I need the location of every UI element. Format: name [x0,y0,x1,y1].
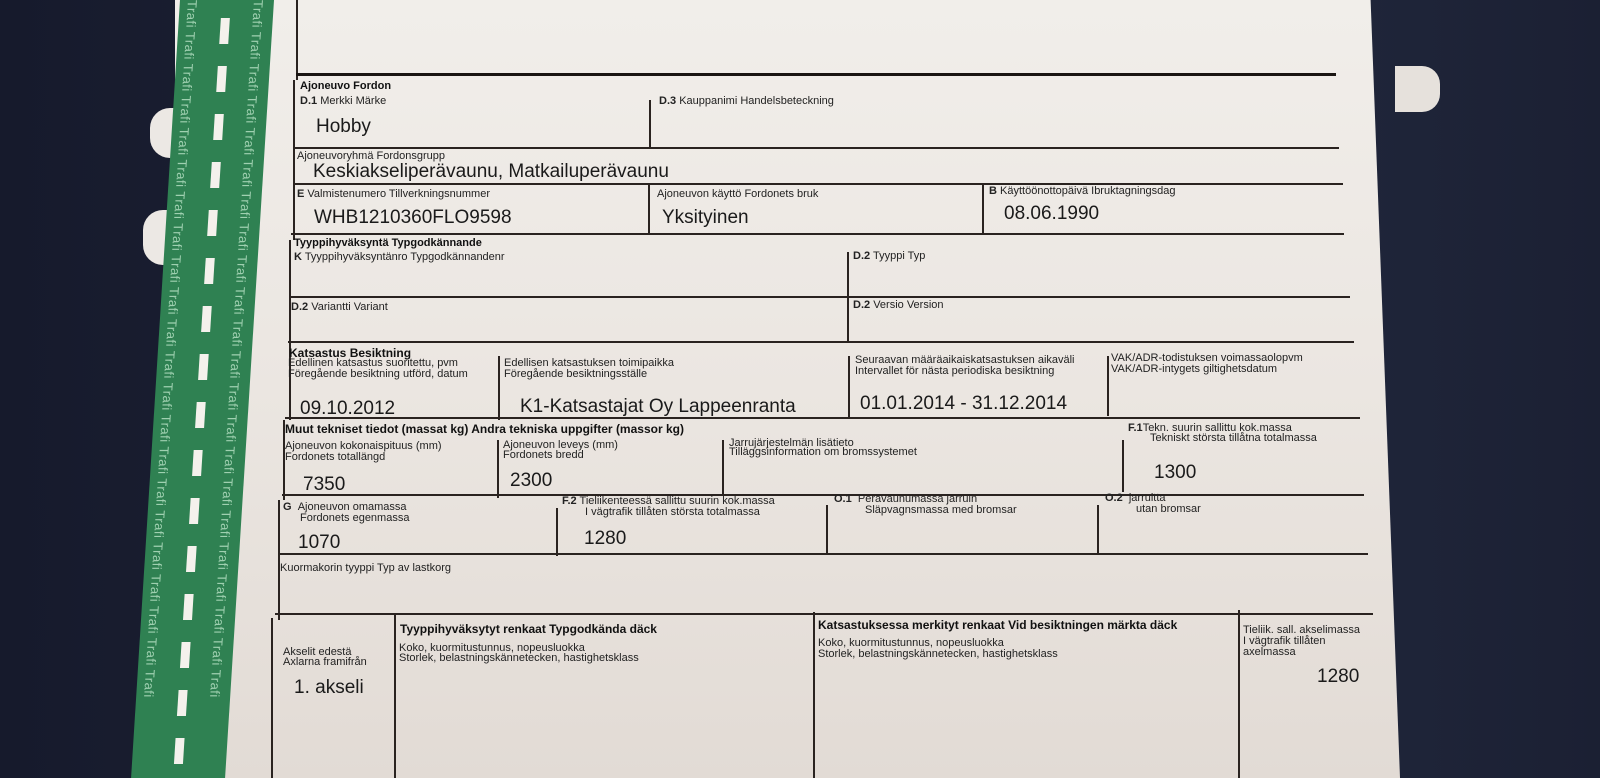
f1-label-sv: Tekniskt största tillåtna totalmassa [1150,433,1317,444]
o1-label-sv: Släpvagnsmassa med bromsar [865,505,1017,516]
field-code: F.2 [562,495,577,507]
make-value: Hobby [316,116,371,138]
field-code: D.2 [291,301,308,313]
approval-number-label: Tyyppihyväksyntänro Typgodkännandenr [305,251,505,263]
field-code: D.2 [853,299,870,311]
prev-place-value: K1-Katsastajat Oy Lappeenranta [520,396,796,418]
field-code: O.1 [834,493,852,505]
width-label-sv: Fordonets bredd [503,450,584,461]
tradename-label: Kauppanimi Handelsbeteckning [679,95,834,107]
g-label-sv: Fordonets egenmassa [300,513,409,524]
field-code: D.1 [300,95,317,107]
field-code: D.3 [659,95,676,107]
field-code: K [294,251,302,263]
section-title-technical: Muut tekniset tiedot (massat kg) Andra t… [285,422,684,436]
marked-tyres-label-sv: Storlek, belastningskännetecken, hastigh… [818,649,1058,660]
field-code: F.1 [1128,422,1143,434]
vin-value: WHB1210360FLO9598 [314,207,512,229]
prev-place-label-sv: Föregående besiktningsställe [504,369,647,380]
field-code: G [283,501,292,513]
brake-info-label-sv: Tilläggsinformation om bromssystemet [729,447,917,458]
prev-date-label-sv: Föregående besiktning utförd, datum [288,369,468,380]
axle-label-sv: Axlarna framifrån [283,657,367,668]
field-code: O.2 [1105,492,1123,504]
f2-value: 1280 [584,528,626,550]
width-value: 2300 [510,470,552,492]
group-value: Keskiakseliperävaunu, Matkailuperävaunu [313,161,669,183]
vin-label: Valmistenumero Tillverkningsnummer [307,188,490,200]
approved-tyres-title: Tyyppihyväksytyt renkaat Typgodkända däc… [400,622,657,636]
o2-label-sv: utan bromsar [1136,504,1201,515]
length-value: 7350 [303,474,345,496]
use-label: Ajoneuvon käyttö Fordonets bruk [657,189,818,200]
type-label: Tyyppi Typ [873,250,925,262]
field-code: E [297,188,304,200]
next-interval-label-sv: Intervallet för nästa periodiska besiktn… [855,366,1054,377]
form-grid: Ajoneuvo Fordon D.1 Merkki Märke Hobby D… [0,0,1600,778]
length-label-sv: Fordonets totallängd [285,452,385,463]
make-label: Merkki Märke [320,95,386,107]
f1-value: 1300 [1154,462,1196,484]
approved-tyres-label-sv: Storlek, belastningskännetecken, hastigh… [399,653,639,664]
use-value: Yksityinen [662,207,749,229]
field-code: B [989,185,997,197]
axle-value: 1. akseli [294,677,364,699]
next-interval-value: 01.01.2014 - 31.12.2014 [860,393,1067,415]
section-title-vehicle: Ajoneuvo Fordon [300,80,391,92]
firstreg-label: Käyttöönottopäivä Ibruktagningsdag [1000,185,1176,197]
marked-tyres-title: Katsastuksessa merkityt renkaat Vid besi… [818,618,1177,632]
axle-mass-label-3: axelmassa [1243,647,1296,658]
adr-label-sv: VAK/ADR-intygets giltighetsdatum [1111,364,1277,375]
f2-label-sv: I vägtrafik tillåten största totalmassa [585,507,760,518]
version-label: Versio Version [873,299,943,311]
body-type-label: Kuormakorin tyyppi Typ av lastkorg [280,563,451,574]
g-value: 1070 [298,532,340,554]
axle-mass-value: 1280 [1317,666,1359,688]
firstreg-value: 08.06.1990 [1004,203,1099,225]
variant-label: Variantti Variant [311,301,388,313]
section-title-type-approval: Tyyppihyväksyntä Typgodkännande [294,237,482,249]
field-code: D.2 [853,250,870,262]
